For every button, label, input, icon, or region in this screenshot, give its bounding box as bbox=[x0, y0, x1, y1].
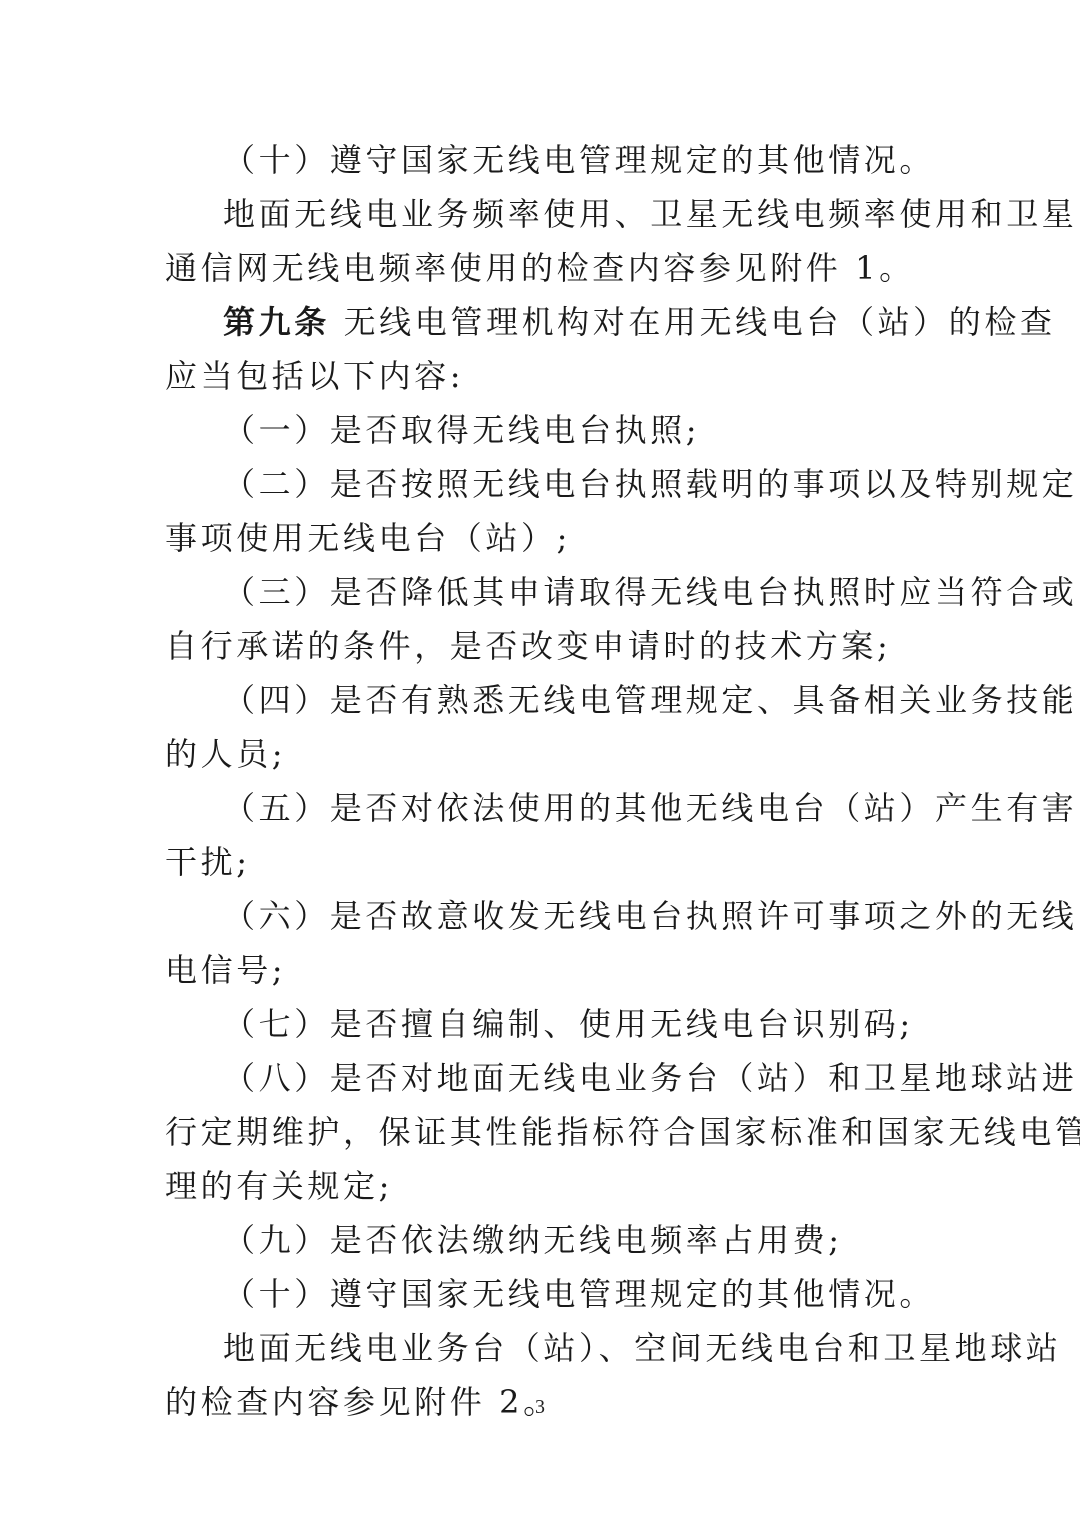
page-number: 3 bbox=[0, 1396, 1080, 1419]
document-page: （十）遵守国家无线电管理规定的其他情况。 地面无线电业务频率使用、卫星无线电频率… bbox=[165, 133, 917, 1429]
list-item-continuation: 行定期维护，保证其性能指标符合国家标准和国家无线电管 bbox=[165, 1105, 917, 1159]
paragraph-line: 应当包括以下内容: bbox=[165, 349, 917, 403]
list-item-continuation: 理的有关规定; bbox=[165, 1159, 917, 1213]
list-item: （六）是否故意收发无线电台执照许可事项之外的无线 bbox=[165, 889, 917, 943]
list-item: （三）是否降低其申请取得无线电台执照时应当符合或 bbox=[165, 565, 917, 619]
list-item: （二）是否按照无线电台执照载明的事项以及特别规定 bbox=[165, 457, 917, 511]
article-number: 第九条 bbox=[223, 303, 330, 341]
list-item: （十）遵守国家无线电管理规定的其他情况。 bbox=[165, 1267, 917, 1321]
article-text: 无线电管理机构对在用无线电台（站）的检查 bbox=[330, 303, 1056, 341]
paragraph-line: （十）遵守国家无线电管理规定的其他情况。 bbox=[165, 133, 917, 187]
paragraph-line: 地面无线电业务频率使用、卫星无线电频率使用和卫星 bbox=[165, 187, 917, 241]
list-item: （五）是否对依法使用的其他无线电台（站）产生有害 bbox=[165, 781, 917, 835]
list-item-continuation: 电信号; bbox=[165, 943, 917, 997]
list-item: （九）是否依法缴纳无线电频率占用费; bbox=[165, 1213, 917, 1267]
article-heading-line: 第九条 无线电管理机构对在用无线电台（站）的检查 bbox=[165, 295, 917, 349]
list-item-continuation: 干扰; bbox=[165, 835, 917, 889]
list-item-continuation: 的人员; bbox=[165, 727, 917, 781]
list-item-continuation: 事项使用无线电台（站）; bbox=[165, 511, 917, 565]
list-item-continuation: 自行承诺的条件，是否改变申请时的技术方案; bbox=[165, 619, 917, 673]
paragraph-line: 通信网无线电频率使用的检查内容参见附件 1。 bbox=[165, 241, 917, 295]
list-item: （八）是否对地面无线电业务台（站）和卫星地球站进 bbox=[165, 1051, 917, 1105]
list-item: （一）是否取得无线电台执照; bbox=[165, 403, 917, 457]
list-item: （七）是否擅自编制、使用无线电台识别码; bbox=[165, 997, 917, 1051]
paragraph-line: 地面无线电业务台（站）、空间无线电台和卫星地球站 bbox=[165, 1321, 917, 1375]
list-item: （四）是否有熟悉无线电管理规定、具备相关业务技能 bbox=[165, 673, 917, 727]
